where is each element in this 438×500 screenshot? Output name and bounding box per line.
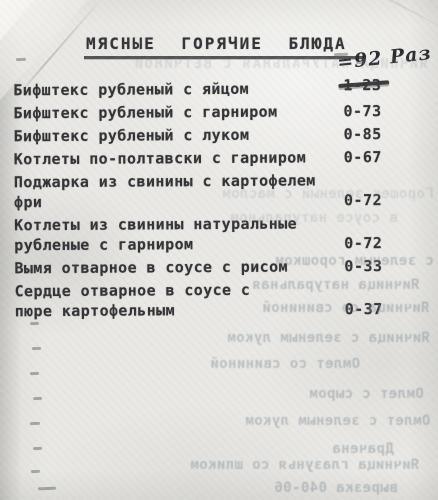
menu-item-price: 0-72 xyxy=(344,190,382,210)
margin-dash xyxy=(30,422,40,425)
bleed-through-text: Яичница с зеленым луком xyxy=(227,330,430,346)
menu-item-name: Вымя отварное в соусе с рисом xyxy=(14,256,344,278)
menu-item-name: Бифштекс рубленый с луком xyxy=(14,124,344,146)
menu-item-name: Бифштекс рубленый с яйцом xyxy=(13,78,343,100)
menu-item-name: Бифштекс рубленый с гарниром xyxy=(13,101,343,123)
bleed-through-text: Драчена xyxy=(332,441,394,457)
menu-item: Бифштекс рубленый с гарниром0-73 xyxy=(13,101,425,124)
margin-dash xyxy=(38,487,56,491)
menu-item-price: 0-37 xyxy=(345,299,383,319)
menu-item-price: 0-33 xyxy=(344,256,382,276)
menu-item: Вымя отварное в соусе с рисом0-33 xyxy=(14,256,426,279)
menu-item: Котлеты по-полтавски с гарниром0-67 xyxy=(14,147,426,170)
scanned-menu-page: МЯСНЫЕ ГОРЯЧИЕ БЛЮДА =92 Раз Бифштекс ру… xyxy=(0,0,438,500)
page-title: МЯСНЫЕ ГОРЯЧИЕ БЛЮДА xyxy=(84,34,363,59)
margin-dash xyxy=(30,372,39,375)
menu-item: Котлеты из свинины натуральные рубленые … xyxy=(14,213,426,256)
menu-item-name: Котлеты из свинины натуральные рубленые … xyxy=(14,213,344,255)
menu-item-price: 0-73 xyxy=(343,101,381,121)
bleed-through-text: Омлет с сыром xyxy=(309,386,424,402)
bleed-through-text: вырезка 040-06 xyxy=(274,480,398,496)
menu-item: Поджарка из свинины с картофелем фри0-72 xyxy=(14,170,426,213)
paper-wrinkle xyxy=(343,0,438,32)
bleed-through-text: Яичница глазунья со шпиком xyxy=(190,457,420,473)
menu-item: Бифштекс рубленый с луком0-85 xyxy=(14,124,426,147)
menu-list: Бифштекс рубленый с яйцом1-23Бифштекс ру… xyxy=(13,78,426,325)
margin-dash xyxy=(33,397,42,400)
bleed-through-text: Омлет с зеленым луком xyxy=(245,413,430,429)
menu-item-name: Поджарка из свинины с картофелем фри xyxy=(14,170,344,212)
menu-item: Бифштекс рубленый с яйцом1-23 xyxy=(13,78,425,101)
menu-item-name: Сердце отварное в соусе с пюре картофель… xyxy=(14,279,344,321)
margin-dash xyxy=(32,347,41,350)
menu-item-price-crossed: 1-23 xyxy=(343,75,381,95)
menu-item-price: 0-85 xyxy=(344,124,382,144)
margin-dash xyxy=(31,470,40,473)
menu-item-name: Котлеты по-полтавски с гарниром xyxy=(14,147,344,169)
menu-item: Сердце отварное в соусе с пюре картофель… xyxy=(14,279,426,322)
bleed-through-text: Омлет со свининой xyxy=(210,356,360,372)
menu-item-price: 0-72 xyxy=(344,233,382,253)
menu-item-price: 0-67 xyxy=(344,147,382,167)
margin-dash xyxy=(33,447,42,450)
